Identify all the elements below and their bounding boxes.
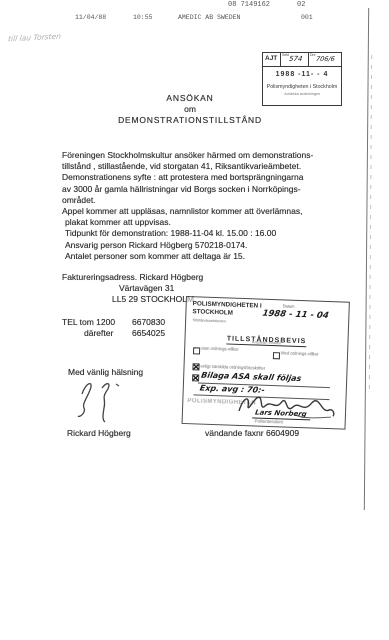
body-paragraph: Föreningen Stockholmskultur ansöker härm…: [62, 150, 313, 262]
body-line: av 3000 år gamla hällristningar vid Borg…: [62, 184, 313, 195]
body-line: Ansvarig person Rickard Högberg 570218-0…: [62, 240, 313, 251]
scanned-fax-document: 08 7149162 02 11/04/88 10:55 AMEDIC AB S…: [0, 0, 389, 640]
body-line: tillstånd , stillastående, vid storgatan…: [62, 161, 313, 172]
sekt-label: Sekt: [282, 53, 289, 57]
title-line-1: ANSÖKAN: [60, 93, 320, 103]
billing-address-line-3: LL5 29 STOCKHOLM: [112, 294, 194, 304]
scan-artifact-line-secondary: [369, 55, 372, 395]
stamp-authority-line-2: STOCKHOLM: [192, 308, 233, 316]
registry-dnr-cell: Dnr 706/6: [309, 53, 341, 66]
return-fax-note: vändande faxnr 6604909: [205, 428, 299, 438]
stamp-option-3: enligt särskilda ordningsföreskrifter: [200, 364, 265, 371]
body-line: Appel kommer att uppläsas, namnlistor ko…: [62, 206, 313, 217]
registry-sekt-cell: Sekt 574: [281, 53, 309, 66]
phone-row2-value: 6654025: [132, 328, 165, 338]
stamp-date-label: Datum: [283, 303, 295, 308]
stamp-handwritten-condition: Bilaga ASA skall följas: [200, 371, 302, 383]
phone-row1-value: 6670830: [132, 317, 165, 327]
fax-page-code: 02: [297, 1, 305, 9]
stamp-signer-title: Polisintendent: [255, 418, 283, 424]
dnr-value-handwritten: 706/6: [315, 55, 335, 63]
fax-sender: AMEDIC AB SWEDEN: [178, 14, 240, 21]
stamp-option-2: Med ordnings-villkor: [281, 351, 319, 357]
registry-unit: AJT: [265, 55, 277, 62]
permit-approval-stamp: POLISMYNDIGHETEN I Datum STOCKHOLM 1988 …: [182, 296, 350, 430]
fax-date: 11/04/88: [75, 14, 106, 21]
fax-id-number: 08 7149162: [228, 1, 270, 9]
fax-page-number: 001: [301, 14, 313, 21]
title-line-3: DEMONSTRATIONSTILLSTÅND: [60, 115, 320, 125]
handwritten-margin-note: till lau Torsten: [7, 32, 61, 44]
applicant-signature-icon: [72, 378, 132, 426]
typed-applicant-name: Rickard Högberg: [67, 428, 131, 438]
billing-address-line-1: Faktureringsadress. Rickard Högberg: [62, 272, 203, 282]
body-line: Föreningen Stockholmskultur ansöker härm…: [62, 150, 313, 161]
registry-date-stamp: 1988 -11- - 4: [263, 71, 341, 78]
body-line: Antalet personer som kommer att deltaga …: [62, 251, 313, 262]
checkbox-checked-icon: [192, 374, 199, 381]
stamp-option-1: utan ordnings-villkor: [201, 347, 241, 353]
scan-artifact-line: [364, 8, 370, 510]
dnr-label: Dnr: [310, 53, 316, 57]
phone-row2-label: därefter: [84, 328, 113, 338]
registry-unit-cell: AJT: [263, 53, 281, 66]
checkbox-unchecked-icon: [273, 352, 280, 359]
checkbox-checked-icon: [192, 363, 199, 370]
fax-time: 10:55: [133, 14, 153, 21]
closing-greeting: Med vänlig hälsning: [68, 367, 143, 377]
body-line: området.: [62, 195, 313, 206]
sekt-value-handwritten: 574: [288, 55, 302, 63]
billing-address-line-2: Värtavägen 31: [119, 283, 174, 293]
stamp-section: Tillståndssektionen: [192, 317, 226, 323]
body-line: plakat kommer att uppvisas.: [62, 217, 313, 228]
body-line: Demonstrationens syfte : att protestera …: [62, 172, 313, 183]
registry-authority: Polismyndigheten i Stockholm: [263, 84, 341, 90]
checkbox-unchecked-icon: [193, 347, 200, 354]
body-line: Tidpunkt för demonstration: 1988-11-04 k…: [62, 228, 313, 239]
title-line-2: om: [60, 104, 320, 114]
phone-row1-label: TEL tom 1200: [62, 317, 115, 327]
stamp-date-handwritten: 1988 - 11 - 04: [262, 309, 330, 321]
